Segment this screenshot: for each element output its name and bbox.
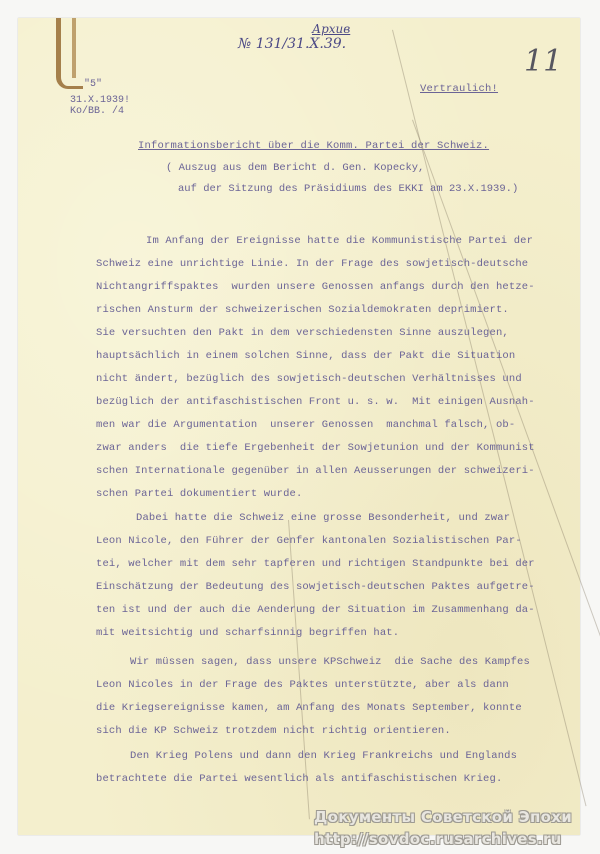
- body-line: schen Internationale gegenüber in allen …: [96, 465, 535, 477]
- body-line: mit weitsichtig und scharfsinnig begriff…: [96, 627, 399, 639]
- body-line: nicht ändert, bezüglich des sowjetisch-d…: [96, 373, 522, 385]
- reference-number: Ko/BB. /4: [70, 107, 124, 117]
- body-line: rischen Ansturm der schweizerischen Sozi…: [96, 304, 509, 316]
- body-line: Einschätzung der Bedeutung des sowjetisc…: [96, 581, 535, 593]
- body-line: Leon Nicole, den Führer der Genfer kanto…: [96, 535, 522, 547]
- handwritten-archive-label: Архив: [312, 22, 350, 36]
- classification-mark: Vertraulich!: [420, 83, 498, 95]
- body-line: Schweiz eine unrichtige Linie. In der Fr…: [96, 258, 528, 270]
- body-line: sich die KP Schweiz trotzdem nicht richt…: [96, 725, 451, 737]
- body-line: tei, welcher mit dem sehr tapferen und r…: [96, 558, 535, 570]
- body-line: bezüglich der antifaschistischen Front u…: [96, 396, 535, 408]
- body-line: Dabei hatte die Schweiz eine grosse Beso…: [136, 512, 510, 524]
- body-line: Sie versuchten den Pakt in dem verschied…: [96, 327, 509, 339]
- rust-stain-streak: [72, 18, 76, 78]
- handwritten-page-number: 11: [524, 44, 562, 79]
- body-line: Leon Nicoles in der Frage des Paktes unt…: [96, 679, 509, 691]
- body-line: hauptsächlich in einem solchen Sinne, da…: [96, 350, 515, 362]
- body-line: Wir müssen sagen, dass unsere KPSchweiz …: [130, 656, 530, 668]
- body-line: zwar anders die tiefe Ergebenheit der So…: [96, 442, 535, 454]
- body-line: ten ist und der auch die Aenderung der S…: [96, 604, 535, 616]
- document-title: Informationsbericht über die Komm. Parte…: [138, 140, 489, 152]
- body-line: Den Krieg Polens und dann den Krieg Fran…: [130, 750, 517, 762]
- rust-stain: [56, 18, 83, 89]
- handwritten-registry-number: № 131/31.X.39.: [238, 36, 346, 52]
- body-line: Nichtangriffspaktes wurden unsere Genoss…: [96, 281, 535, 293]
- subtitle-line: ( Auszug aus dem Bericht d. Gen. Kopecky…: [166, 162, 424, 174]
- body-line: Im Anfang der Ereignisse hatte die Kommu…: [146, 235, 533, 247]
- body-line: die Kriegsereignisse kamen, am Anfang de…: [96, 702, 522, 714]
- body-line: schen Partei dokumentiert wurde.: [96, 488, 302, 500]
- body-line: men war die Argumentation unserer Genoss…: [96, 419, 515, 431]
- watermark-title: Документы Советской Эпохи: [314, 808, 572, 826]
- body-line: betrachtete die Partei wesentlich als an…: [96, 773, 502, 785]
- subtitle-line: auf der Sitzung des Präsidiums des EKKI …: [178, 183, 518, 195]
- document-date: 31.X.1939!: [70, 96, 130, 106]
- copy-mark: "5": [84, 80, 102, 90]
- watermark-url: http://sovdoc.rusarchives.ru: [314, 830, 562, 848]
